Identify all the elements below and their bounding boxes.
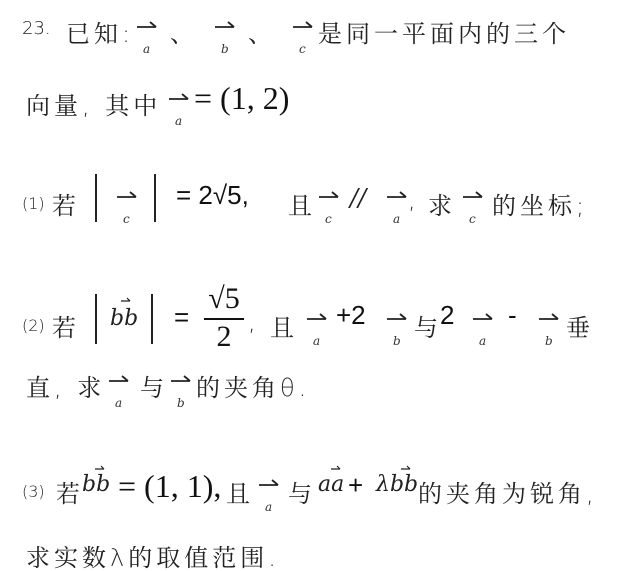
part3-ruo: 若 <box>56 474 84 509</box>
coef-two: 2 <box>440 300 454 331</box>
vector-c: c <box>318 190 340 230</box>
vector-arrow-icon <box>472 312 494 322</box>
part2-yu2: 与 <box>140 368 168 403</box>
part1-tail: 的坐标; <box>492 186 588 221</box>
vector-arrow-icon <box>386 190 408 200</box>
part3-tail: 的夹角为锐角, <box>418 474 598 509</box>
vector-b: b <box>170 374 192 414</box>
vector-arrow-icon <box>108 374 130 384</box>
vector-arrow-icon <box>170 374 192 384</box>
minus: - <box>508 300 517 331</box>
problem-number: 23. <box>22 18 51 39</box>
vector-arrow-icon <box>258 478 280 488</box>
vector-arrow-icon <box>330 464 342 472</box>
vector-arrow-icon <box>318 190 340 200</box>
vector-c: c <box>292 20 314 60</box>
separator: 、 <box>170 14 198 49</box>
fraction-numerator: √5 <box>204 282 244 316</box>
vector-b: b <box>538 312 560 352</box>
part2-qie: 且 <box>270 308 298 343</box>
plus-two: +2 <box>336 300 366 331</box>
abs-bar-right <box>154 174 156 222</box>
part1-label: (1) <box>22 194 45 213</box>
comma: , <box>408 186 420 214</box>
vector-arrow-icon <box>168 92 190 102</box>
part2-eq: = <box>174 302 189 333</box>
intro-suffix: 是同一平面内的三个 <box>318 14 570 49</box>
vector-arrow-icon <box>462 190 484 200</box>
vector-arrow-icon <box>94 464 106 472</box>
separator: 、 <box>248 14 276 49</box>
vector-arrow-icon <box>400 464 412 472</box>
part1-eq: = 2√5, <box>176 180 249 211</box>
part2-tail2: 的夹角θ. <box>196 368 310 403</box>
vector-arrow-icon <box>136 20 158 30</box>
part2-label: (2) <box>22 316 45 335</box>
part2-abs-inner: bb <box>110 306 138 331</box>
vector-a: a <box>306 312 328 352</box>
part1-qiu: 求 <box>428 186 456 221</box>
vector-a: a <box>168 92 190 132</box>
part2-yu: 与 <box>414 308 442 343</box>
expr-lambda-b: λbb <box>376 472 418 497</box>
part3-line2: 求实数λ的取值范围. <box>26 538 280 571</box>
intro-prefix: 已知: <box>66 14 134 49</box>
part3-yu: 与 <box>288 474 316 509</box>
vector-arrow-icon <box>306 312 328 322</box>
vector-b: b <box>214 20 236 60</box>
part1-ruo: 若 <box>52 186 80 221</box>
comma: , <box>248 308 260 336</box>
vector-arrow-icon <box>386 312 408 322</box>
vector-arrow-icon <box>214 20 236 30</box>
part2-line2-prefix: 直, 求 <box>26 368 105 403</box>
vector-b: b <box>386 312 408 352</box>
vector-a: a <box>108 374 130 414</box>
part3-label: (3) <box>22 482 45 501</box>
vector-arrow-icon <box>292 20 314 30</box>
part2-ruo: 若 <box>52 308 80 343</box>
a-value: = (1, 2) <box>194 80 289 117</box>
expr-a: aa <box>318 472 344 497</box>
fraction-denominator: 2 <box>204 320 244 354</box>
vector-a: a <box>386 190 408 230</box>
vector-arrow-icon <box>120 296 132 304</box>
part3-b-symbol: bb <box>82 472 110 497</box>
part3-qie: 且 <box>226 474 254 509</box>
parallel-symbol: // <box>350 184 366 212</box>
plus: + <box>348 470 363 501</box>
abs-bar-left <box>95 294 97 344</box>
vector-a: a <box>136 20 158 60</box>
fraction-denominator-wrap: 2 <box>204 320 244 354</box>
abs-bar-right <box>151 294 153 344</box>
abs-bar-left <box>95 174 97 222</box>
vector-a: a <box>472 312 494 352</box>
part1-qie: 且 <box>288 186 316 221</box>
fraction: √5 <box>204 282 244 316</box>
part3-eq: = (1, 1), <box>118 468 221 505</box>
vector-arrow-icon <box>538 312 560 322</box>
vector-a: a <box>258 478 280 518</box>
intro-line2: 向量, 其中 <box>26 86 161 121</box>
vector-arrow-icon <box>116 190 138 200</box>
part2-tail1: 垂 <box>566 308 594 343</box>
vector-c: c <box>116 190 138 230</box>
vector-c: c <box>462 190 484 230</box>
